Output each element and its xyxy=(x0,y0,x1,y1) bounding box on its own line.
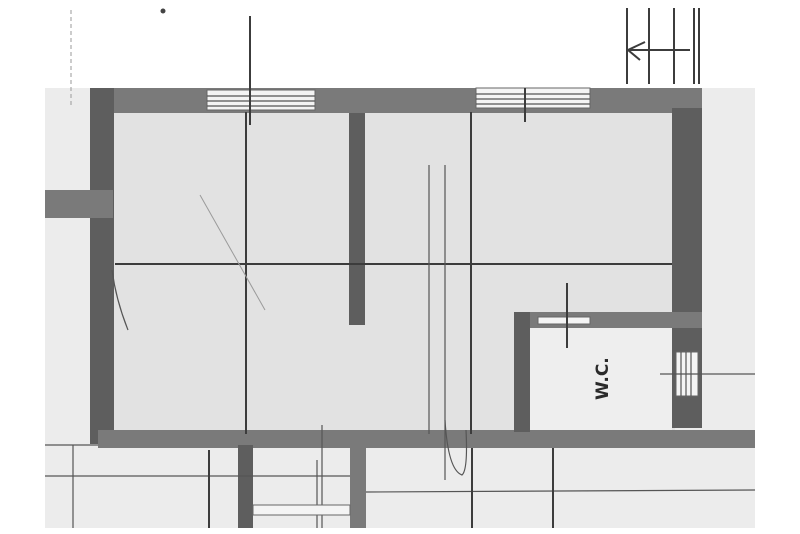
window-top-left xyxy=(207,90,315,110)
floor-plan: W.C. xyxy=(0,0,800,534)
partition-wall xyxy=(349,113,365,325)
dot-mark xyxy=(161,9,166,14)
wc-label: W.C. xyxy=(593,357,613,400)
